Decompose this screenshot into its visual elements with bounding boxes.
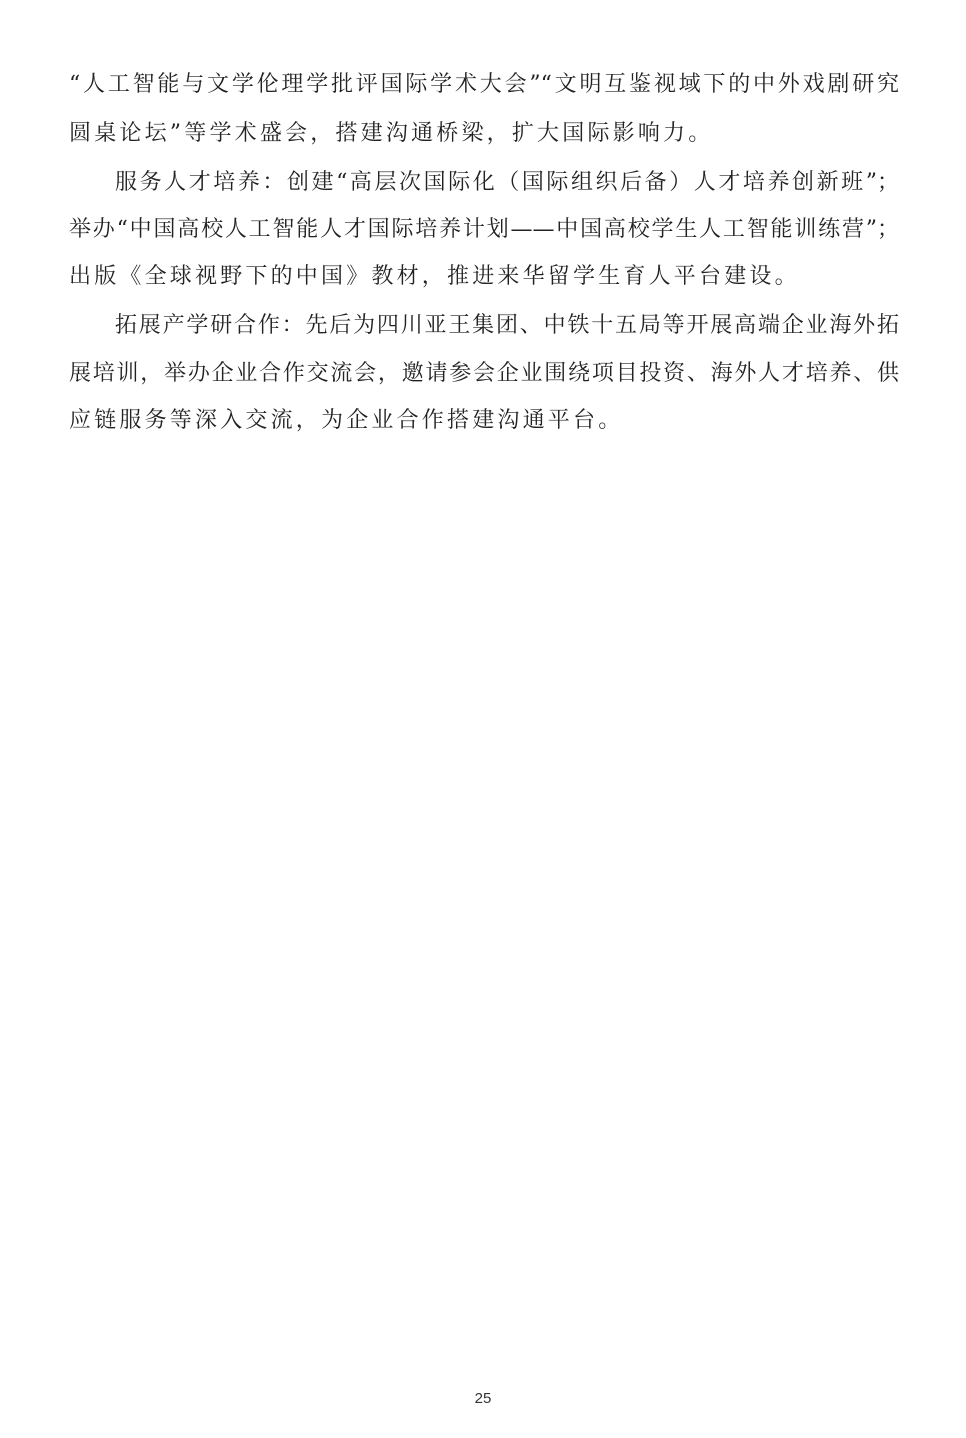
- paragraph-line: 应链服务等深入交流，为企业合作搭建沟通平台。: [69, 406, 899, 436]
- paragraph-line: 服务人才培养：创建“高层次国际化（国际组织后备）人才培养创新班”；: [115, 168, 899, 198]
- paragraph-line: 圆桌论坛”等学术盛会，搭建沟通桥梁，扩大国际影响力。: [69, 119, 899, 149]
- page-number: 25: [0, 1390, 966, 1407]
- document-page: “人工智能与文学伦理学批评国际学术大会”“文明互鉴视域下的中外戏剧研究 圆桌论坛…: [0, 0, 966, 1438]
- paragraph-line: 展培训，举办企业合作交流会，邀请参会企业围绕项目投资、海外人才培养、供: [69, 359, 899, 389]
- paragraph-line: 出版《全球视野下的中国》教材，推进来华留学生育人平台建设。: [69, 262, 899, 292]
- paragraph-line: “人工智能与文学伦理学批评国际学术大会”“文明互鉴视域下的中外戏剧研究: [69, 70, 899, 100]
- paragraph-line: 拓展产学研合作：先后为四川亚王集团、中铁十五局等开展高端企业海外拓: [115, 311, 899, 341]
- paragraph-line: 举办“中国高校人工智能人才国际培养计划——中国高校学生人工智能训练营”；: [69, 215, 899, 245]
